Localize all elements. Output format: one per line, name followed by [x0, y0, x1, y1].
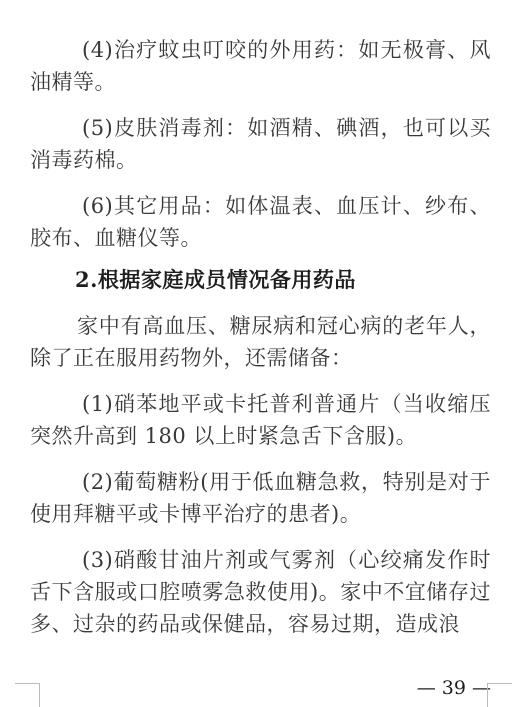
paragraph-intro: 家中有高血压、糖尿病和冠心病的老年人，除了正在服用药物外，还需储备：: [30, 310, 491, 374]
paragraph-item-5: (5)皮肤消毒剂：如酒精、碘酒，也可以买消毒药棉。: [30, 112, 491, 176]
margin-mark-bottom-right: [487, 683, 512, 707]
paragraph-item-3: (3)硝酸甘油片剂或气雾剂（心绞痛发作时舌下含服或口腔喷雾急救使用)。家中不宜储…: [30, 544, 491, 640]
document-body: (4)治疗蚊虫叮咬的外用药：如无极膏、风油精等。 (5)皮肤消毒剂：如酒精、碘酒…: [30, 34, 491, 640]
paragraph-item-6: (6)其它用品：如体温表、血压计、纱布、胶布、血糖仪等。: [30, 190, 491, 254]
section-heading: 2.根据家庭成员情况备用药品: [30, 264, 491, 296]
margin-mark-bottom-left: [15, 683, 40, 707]
paragraph-item-2: (2)葡萄糖粉(用于低血糖急救，特别是对于使用拜糖平或卡博平治疗的患者)。: [30, 466, 491, 530]
document-page: (4)治疗蚊虫叮咬的外用药：如无极膏、风油精等。 (5)皮肤消毒剂：如酒精、碘酒…: [0, 0, 524, 707]
page-number: — 39 —: [417, 679, 491, 698]
paragraph-item-4: (4)治疗蚊虫叮咬的外用药：如无极膏、风油精等。: [30, 34, 491, 98]
paragraph-item-1: (1)硝苯地平或卡托普利普通片（当收缩压突然升高到 180 以上时紧急舌下含服)…: [30, 388, 491, 452]
